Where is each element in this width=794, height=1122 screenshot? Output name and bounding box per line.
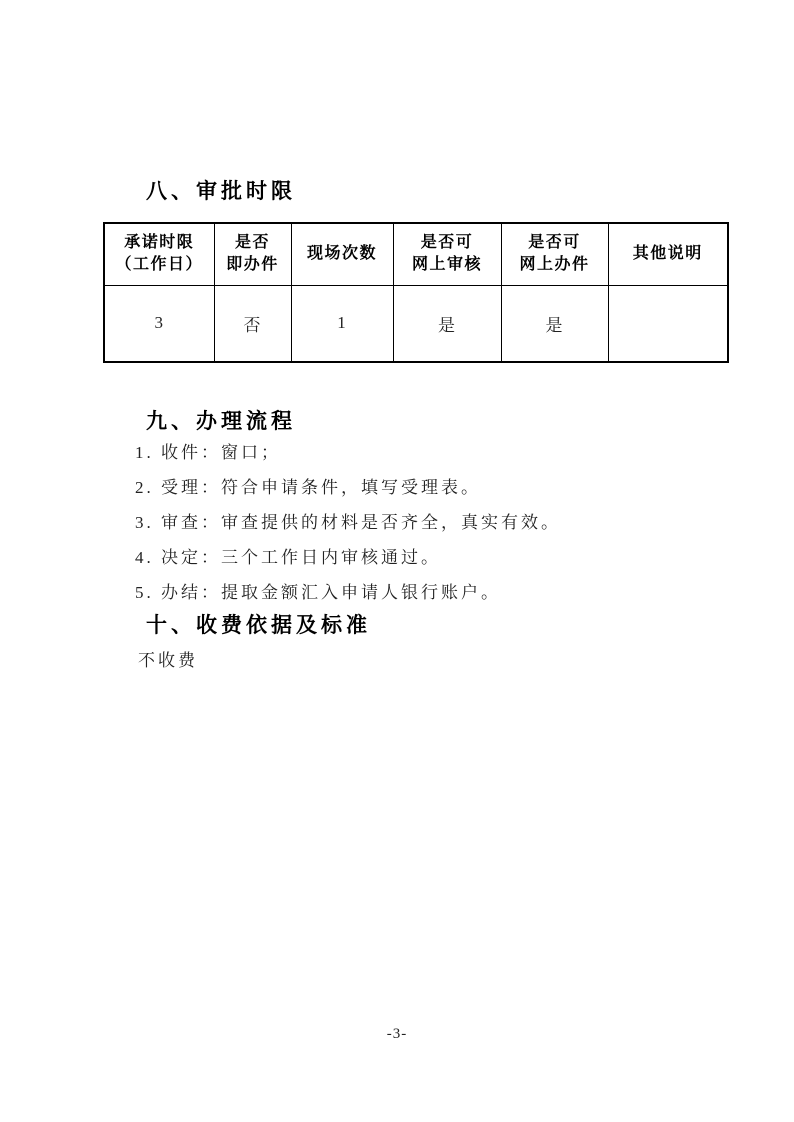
process-step-decide: 4. 决定：三个工作日内审核通过。 [135,548,441,568]
table-cell-online-handling: 是 [501,285,608,362]
table-header-online-review: 是否可 网上审核 [393,223,501,285]
table-header-immediate-handling: 是否 即办件 [214,223,291,285]
process-step-accept: 2. 受理：符合申请条件，填写受理表。 [135,478,481,498]
section-heading-fee-basis: 十、收费依据及标准 [146,609,371,639]
fee-statement: 不收费 [138,646,198,671]
table-header-other-notes: 其他说明 [608,223,728,285]
table-header-online-handling: 是否可 网上办件 [501,223,608,285]
section-heading-approval-time-limit: 八、审批时限 [146,175,296,205]
section-heading-process-flow: 九、办理流程 [146,405,296,435]
process-step-receive: 1. 收件：窗口； [135,443,281,463]
table-row: 3 否 1 是 是 [104,285,728,362]
table-cell-promised-time: 3 [104,285,214,362]
table-cell-other-notes [608,285,728,362]
process-step-review: 3. 审查：审查提供的材料是否齐全，真实有效。 [135,513,561,533]
page-number: -3- [0,1026,794,1043]
table-cell-immediate-handling: 否 [214,285,291,362]
table-cell-online-review: 是 [393,285,501,362]
table-header-row: 承诺时限 （工作日） 是否 即办件 现场次数 是否可 网上审核 是否可 网上办件… [104,223,728,285]
table-cell-onsite-visits: 1 [291,285,393,362]
table-header-promised-time: 承诺时限 （工作日） [104,223,214,285]
approval-time-limit-table: 承诺时限 （工作日） 是否 即办件 现场次数 是否可 网上审核 是否可 网上办件… [103,222,729,363]
process-step-complete: 5. 办结：提取金额汇入申请人银行账户。 [135,583,501,603]
document-page: 八、审批时限 承诺时限 （工作日） 是否 即办件 现场次数 是否可 网上审核 是… [0,0,794,1122]
table-header-onsite-visits: 现场次数 [291,223,393,285]
